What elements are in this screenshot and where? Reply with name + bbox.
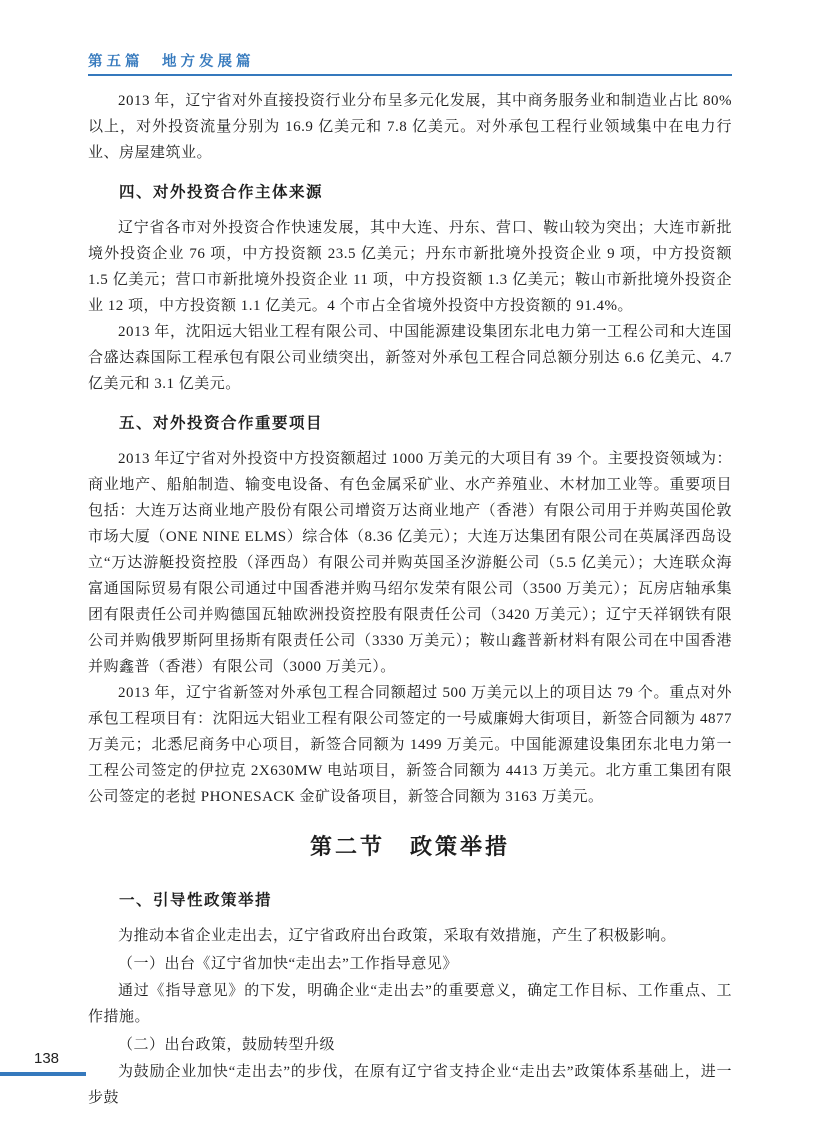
paragraph-city-sources: 辽宁省各市对外投资合作快速发展，其中大连、丹东、营口、鞍山较为突出；大连市新批境… (88, 215, 732, 319)
header-rule (88, 74, 732, 76)
document-page: 第五篇 地方发展篇 2013 年，辽宁省对外直接投资行业分布呈多元化发展，其中商… (0, 0, 816, 1145)
subsection-heading-5: 五、对外投资合作重要项目 (88, 411, 732, 437)
paragraph-policy-item-2: （二）出台政策，鼓励转型升级 (88, 1032, 732, 1058)
paragraph-industry-distribution: 2013 年，辽宁省对外直接投资行业分布呈多元化发展，其中商务服务业和制造业占比… (88, 88, 732, 166)
subsection-heading-4: 四、对外投资合作主体来源 (88, 180, 732, 206)
paragraph-policy-item-1: （一）出台《辽宁省加快“走出去”工作指导意见》 (88, 951, 732, 977)
running-header: 第五篇 地方发展篇 (88, 50, 255, 71)
document-body: 2013 年，辽宁省对外直接投资行业分布呈多元化发展，其中商务服务业和制造业占比… (88, 88, 732, 1113)
paragraph-policy-intro: 为推动本省企业走出去，辽宁省政府出台政策，采取有效措施，产生了积极影响。 (88, 923, 732, 949)
paragraph-contract-projects: 2013 年，辽宁省新签对外承包工程合同额超过 500 万美元以上的项目达 79… (88, 680, 732, 810)
paragraph-major-projects: 2013 年辽宁省对外投资中方投资额超过 1000 万美元的大项目有 39 个。… (88, 446, 732, 680)
paragraph-policy-item-2-detail: 为鼓励企业加快“走出去”的步伐，在原有辽宁省支持企业“走出去”政策体系基础上，进… (88, 1059, 732, 1111)
footer-rule (0, 1072, 86, 1076)
page-number: 138 (34, 1050, 59, 1067)
section-title: 第二节 政策举措 (88, 832, 732, 862)
subsection-heading-1: 一、引导性政策举措 (88, 888, 732, 914)
paragraph-contract-companies: 2013 年，沈阳远大铝业工程有限公司、中国能源建设集团东北电力第一工程公司和大… (88, 319, 732, 397)
paragraph-policy-item-1-detail: 通过《指导意见》的下发，明确企业“走出去”的重要意义，确定工作目标、工作重点、工… (88, 978, 732, 1030)
